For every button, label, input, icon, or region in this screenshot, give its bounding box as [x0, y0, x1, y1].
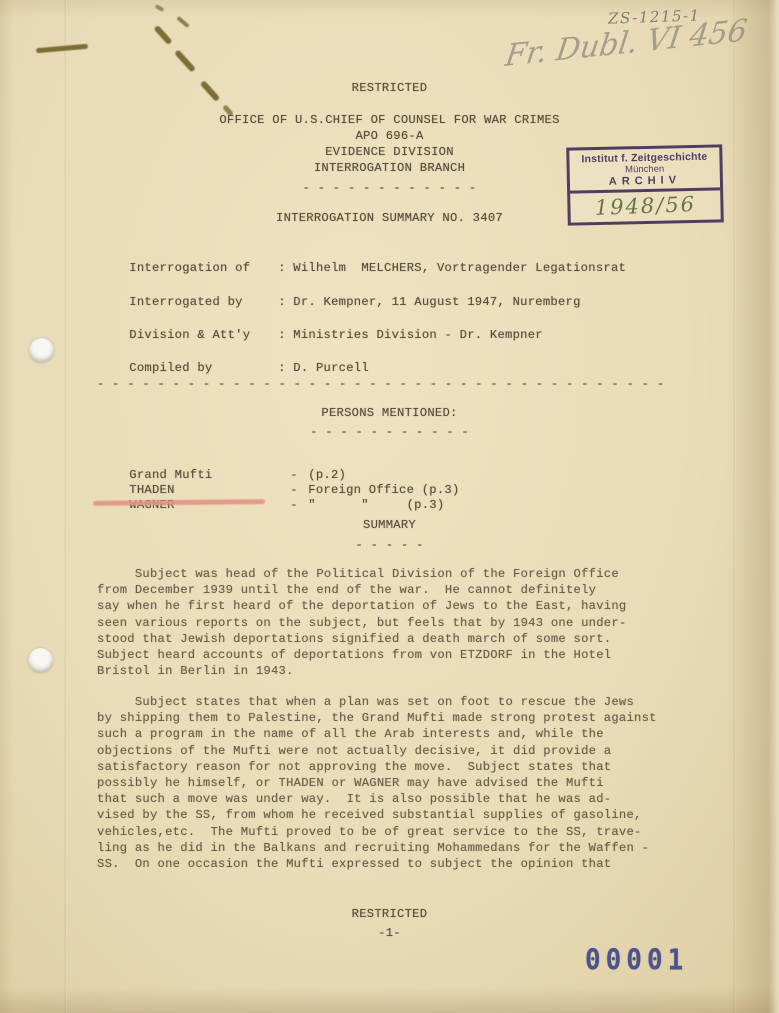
person-dash: - — [290, 497, 308, 513]
rust-mark — [174, 49, 196, 72]
detail-value: Dr. Kempner, 11 August 1947, Nuremberg — [293, 295, 580, 309]
document-number-stamp: 00001 — [585, 945, 688, 977]
apo-line: APO 696-A — [0, 128, 779, 144]
section-divider: - - - - - - - - - - - - - - - - - - - - … — [97, 376, 687, 392]
summary-heading-underline: - - - - - — [0, 537, 779, 553]
detail-colon: : — [278, 294, 293, 310]
summary-paragraph-1: Subject was head of the Political Divisi… — [97, 566, 689, 679]
persons-mentioned-heading: PERSONS MENTIONED: — [0, 405, 779, 421]
rust-mark — [176, 16, 189, 28]
header-divider: - - - - - - - - - - - - — [0, 180, 779, 196]
branch-line: INTERROGATION BRANCH — [0, 160, 779, 176]
detail-value: Wilhelm MELCHERS, Vortragender Legations… — [293, 261, 626, 275]
summary-heading: SUMMARY — [0, 517, 779, 533]
detail-colon: : — [278, 327, 293, 343]
division-line: EVIDENCE DIVISION — [0, 144, 779, 160]
punch-hole — [29, 338, 54, 363]
summary-paragraph-2: Subject states that when a plan was set … — [97, 694, 689, 872]
document-page: ZS-1215-1 Fr. Dubl. VI 456 Institut f. Z… — [0, 0, 779, 1013]
detail-label: Division & Att'y — [129, 327, 278, 343]
persons-heading-underline: - - - - - - - - - - - — [0, 424, 779, 440]
office-line: OFFICE OF U.S.CHIEF OF COUNSEL FOR WAR C… — [0, 112, 779, 128]
rust-mark — [153, 25, 172, 45]
page-number: -1- — [0, 925, 779, 941]
detail-label: Compiled by — [129, 360, 278, 376]
person-ref: " " (p.3) — [308, 498, 444, 512]
detail-label: Interrogation of — [129, 260, 278, 276]
rust-mark — [36, 44, 88, 54]
punch-hole — [28, 648, 53, 673]
classification-header: RESTRICTED — [0, 80, 779, 96]
rust-mark — [155, 4, 165, 12]
summary-number-title: INTERROGATION SUMMARY NO. 3407 — [0, 210, 779, 226]
detail-value: D. Purcell — [293, 361, 369, 375]
detail-value: Ministries Division - Dr. Kempner — [293, 328, 543, 342]
footer-classification: RESTRICTED — [0, 906, 779, 922]
detail-colon: : — [278, 260, 293, 276]
detail-colon: : — [278, 360, 293, 376]
detail-label: Interrogated by — [129, 294, 278, 310]
